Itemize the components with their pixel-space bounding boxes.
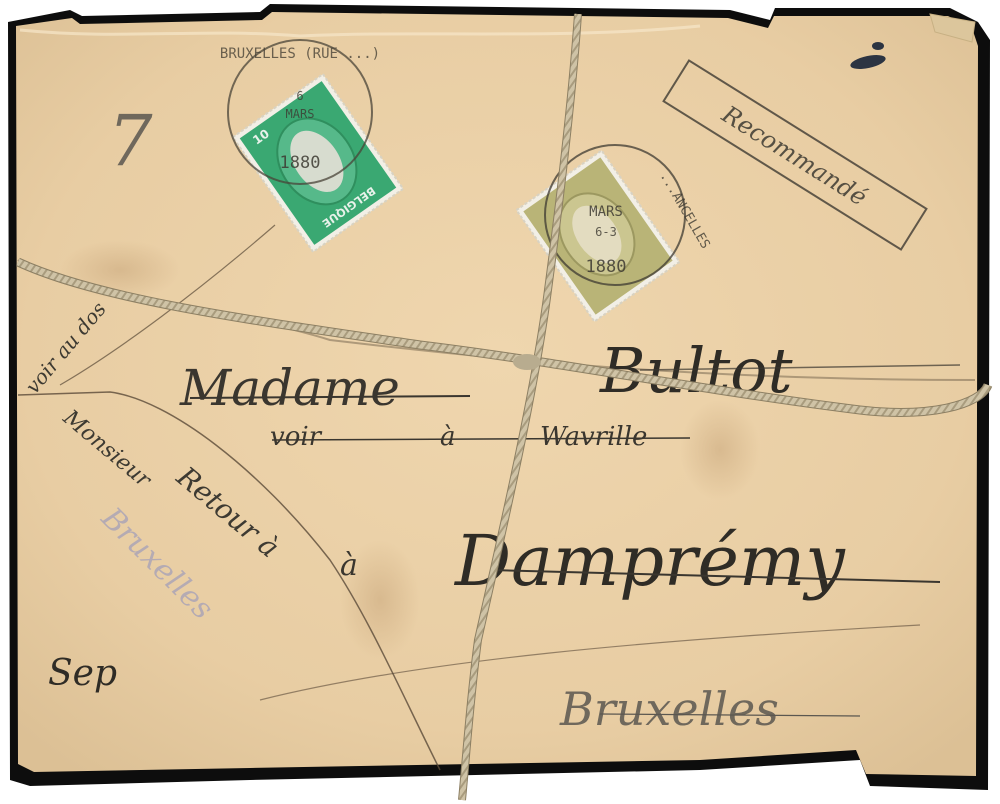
svg-text:1880: 1880 [280, 153, 321, 173]
number-seven: 7 [108, 100, 153, 182]
envelope-scan: BELGIQUE 10 BRUXELLES (RUE ...) 6 MARS 1… [0, 0, 1000, 804]
svg-text:6: 6 [296, 89, 303, 103]
svg-text:MARS: MARS [589, 204, 623, 220]
envelope-paper [16, 12, 978, 776]
envelope-drawing: BELGIQUE 10 BRUXELLES (RUE ...) 6 MARS 1… [0, 0, 1000, 804]
destination-prefix: à [340, 548, 358, 583]
svg-text:MARS: MARS [286, 107, 315, 121]
svg-text:BRUXELLES (RUE ...): BRUXELLES (RUE ...) [220, 46, 380, 62]
address-city: Bruxelles [559, 682, 779, 736]
svg-text:6-3: 6-3 [595, 225, 617, 239]
initials: Sep [48, 653, 117, 694]
address-madame: Madame [179, 359, 400, 417]
address-destination: Damprémy [453, 520, 846, 602]
svg-text:1880: 1880 [586, 257, 627, 277]
address-line2-word3: Wavrille [540, 422, 647, 452]
address-line2-word2: à [440, 422, 456, 452]
address-line2-word1: voir [270, 422, 323, 452]
